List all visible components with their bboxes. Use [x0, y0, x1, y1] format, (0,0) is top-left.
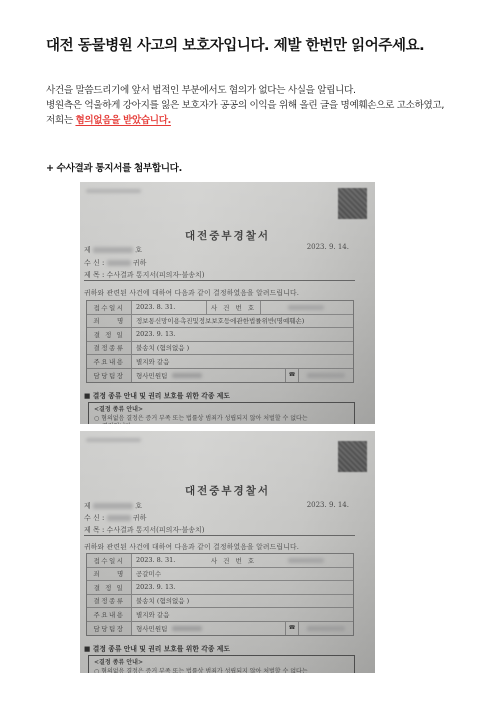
received-value: 2023. 8. 31. [132, 301, 206, 314]
guide-title: ■ 결정 종류 안내 및 권리 보호를 위한 각종 제도 [84, 390, 230, 400]
page-title: 대전 동물병원 사고의 보호자입니다. 제발 한번만 읽어주세요. [46, 34, 424, 55]
officer-value: 형사민원팀 [132, 622, 285, 636]
redacted-recipient [107, 515, 131, 521]
guide-box: <결정 종류 안내> ○ 혐의없음 결정은 증거 부족 또는 법률상 범죄가 성… [88, 402, 355, 424]
officer-value: 형사민원팀 [132, 369, 285, 383]
table-row: 주요내용 별지와 같음 [87, 355, 353, 369]
recipient: 수 신 : 귀하 [84, 513, 146, 523]
guide-heading: <결정 종류 안내> [94, 406, 349, 415]
number-label: 제 [84, 502, 91, 510]
divider [84, 535, 355, 536]
phone-icon: ☎ [285, 622, 299, 636]
case-number-label: 사 건 번 호 [206, 301, 261, 314]
table-row: 담당팀장 형사민원팀 ☎ [87, 369, 353, 383]
number-suffix: 호 [135, 246, 142, 254]
intro-line-1: 사건을 말씀드리기에 앞서 법적인 부분에서도 혐의가 없다는 사실을 알립니다… [46, 83, 444, 98]
phone-value [299, 369, 353, 383]
case-number-value [261, 301, 351, 314]
decision-date-label: 결 정 일 [87, 581, 132, 594]
number-suffix: 호 [135, 502, 142, 510]
result-table: 접수일시 2023. 8. 31. 사 건 번 호 죄 명 정보통신망이용촉진및… [86, 300, 354, 383]
attachment-note: + 수사결과 통지서를 첨부합니다. [46, 160, 182, 174]
officer-label: 담당팀장 [87, 622, 132, 636]
table-row: 결정종류 불송치 (혐의없음 ) [87, 342, 353, 356]
decision-type-label: 결정종류 [87, 595, 132, 608]
notice-text: 귀하와 관련된 사건에 대하여 다음과 같이 결정하였음을 알려드립니다. [84, 541, 299, 551]
redacted-header-text [86, 438, 141, 442]
main-content-label: 주요내용 [87, 608, 132, 621]
received-value: 2023. 8. 31. [132, 554, 206, 567]
phone-value [299, 622, 353, 636]
table-row: 죄 명 공갈미수 [87, 568, 353, 582]
notice-text: 귀하와 관련된 사건에 대하여 다음과 같이 결정하였음을 알려드립니다. [84, 287, 299, 297]
recipient-label: 수 신 : [84, 514, 104, 522]
main-content-label: 주요내용 [87, 355, 132, 368]
investigation-notice-photo-1: 대전중부경찰서 제 호 2023. 9. 14. 수 신 : 귀하 제 목 : … [80, 182, 375, 424]
case-number-value [261, 554, 351, 567]
agency-name: 대전중부경찰서 [80, 483, 375, 498]
decision-type-value: 불송치 (혐의없음 ) [132, 342, 353, 355]
table-row: 접수일시 2023. 8. 31. 사 건 번 호 [87, 301, 353, 315]
redacted-case-number [288, 305, 324, 310]
guide-line: 결정입니다. [94, 423, 349, 424]
guide-box: <결정 종류 안내> ○ 혐의없음 결정은 증거 부족 또는 법률상 범죄가 성… [88, 655, 355, 673]
table-row: 접수일시 2023. 8. 31. 사 건 번 호 [87, 554, 353, 568]
table-row: 담당팀장 형사민원팀 ☎ [87, 622, 353, 636]
intro-line-3-prefix: 저희는 [46, 115, 75, 126]
document-subject: 제 목 : 수사결과 통지서(피의자-불송치) [84, 270, 205, 280]
redacted-number [93, 247, 133, 253]
guide-line: ○ 혐의없음 결정은 증거 부족 또는 법률상 범죄가 성립되지 않아 처벌할 … [94, 668, 349, 674]
document-date: 2023. 9. 14. [307, 243, 349, 251]
decision-date-value: 2023. 9. 13. [132, 581, 353, 594]
redacted-phone [307, 373, 345, 378]
table-row: 결정종류 불송치 (혐의없음 ) [87, 595, 353, 609]
redacted-case-number [288, 558, 324, 563]
main-content-value: 별지와 같음 [132, 355, 353, 368]
case-number-label: 사 건 번 호 [206, 554, 261, 567]
document-number: 제 호 [84, 245, 142, 255]
decision-type-label: 결정종류 [87, 342, 132, 355]
number-label: 제 [84, 246, 91, 254]
agency-name: 대전중부경찰서 [80, 228, 375, 243]
officer-team: 형사민원팀 [136, 624, 167, 633]
document-subject: 제 목 : 수사결과 통지서(피의자-불송치) [84, 525, 205, 535]
redacted-phone [307, 626, 345, 631]
guide-title: ■ 결정 종류 안내 및 권리 보호를 위한 각종 제도 [84, 643, 230, 653]
recipient-suffix: 귀하 [133, 259, 147, 267]
intro-line-2: 병원측은 억울하게 강아지를 잃은 보호자가 공공의 이익을 위해 올린 글을 … [46, 98, 444, 113]
received-label: 접수일시 [87, 301, 132, 314]
guide-heading: <결정 종류 안내> [94, 659, 349, 668]
no-charges-highlight: 혐의없음을 받았습니다. [75, 115, 170, 126]
received-label: 접수일시 [87, 554, 132, 567]
redacted-number [93, 503, 133, 509]
result-table: 접수일시 2023. 8. 31. 사 건 번 호 죄 명 공갈미수 결 정 일… [86, 553, 354, 636]
qr-code-icon [338, 441, 367, 472]
redacted-officer-name [172, 626, 202, 631]
table-row: 결 정 일 2023. 9. 13. [87, 581, 353, 595]
officer-team: 형사민원팀 [136, 371, 167, 380]
main-content-value: 별지와 같음 [132, 608, 353, 621]
investigation-notice-photo-2: 대전중부경찰서 제 호 2023. 9. 14. 수 신 : 귀하 제 목 : … [80, 431, 375, 673]
charge-label: 죄 명 [87, 315, 132, 328]
redacted-header-text [86, 189, 141, 193]
table-row: 주요내용 별지와 같음 [87, 608, 353, 622]
table-row: 결 정 일 2023. 9. 13. [87, 328, 353, 342]
recipient: 수 신 : 귀하 [84, 258, 146, 268]
charge-label: 죄 명 [87, 568, 132, 581]
phone-icon: ☎ [285, 369, 299, 383]
officer-label: 담당팀장 [87, 369, 132, 383]
redacted-recipient [107, 260, 131, 266]
recipient-suffix: 귀하 [133, 514, 147, 522]
decision-date-label: 결 정 일 [87, 328, 132, 341]
guide-line: ○ 혐의없음 결정은 증거 부족 또는 법률상 범죄가 성립되지 않아 처벌할 … [94, 415, 349, 424]
document-date: 2023. 9. 14. [307, 501, 349, 509]
divider [84, 280, 355, 281]
qr-code-icon [338, 188, 367, 219]
decision-date-value: 2023. 9. 13. [132, 328, 353, 341]
charge-value: 정보통신망이용촉진및정보보호등에관한법률위반(명예훼손) [132, 315, 353, 328]
redacted-officer-name [172, 373, 202, 378]
table-row: 죄 명 정보통신망이용촉진및정보보호등에관한법률위반(명예훼손) [87, 315, 353, 329]
intro-line-3: 저희는 혐의없음을 받았습니다. [46, 113, 444, 128]
document-number: 제 호 [84, 501, 142, 511]
intro-paragraph: 사건을 말씀드리기에 앞서 법적인 부분에서도 혐의가 없다는 사실을 알립니다… [46, 83, 444, 128]
charge-value: 공갈미수 [132, 568, 353, 581]
recipient-label: 수 신 : [84, 259, 104, 267]
decision-type-value: 불송치 (혐의없음 ) [132, 595, 353, 608]
